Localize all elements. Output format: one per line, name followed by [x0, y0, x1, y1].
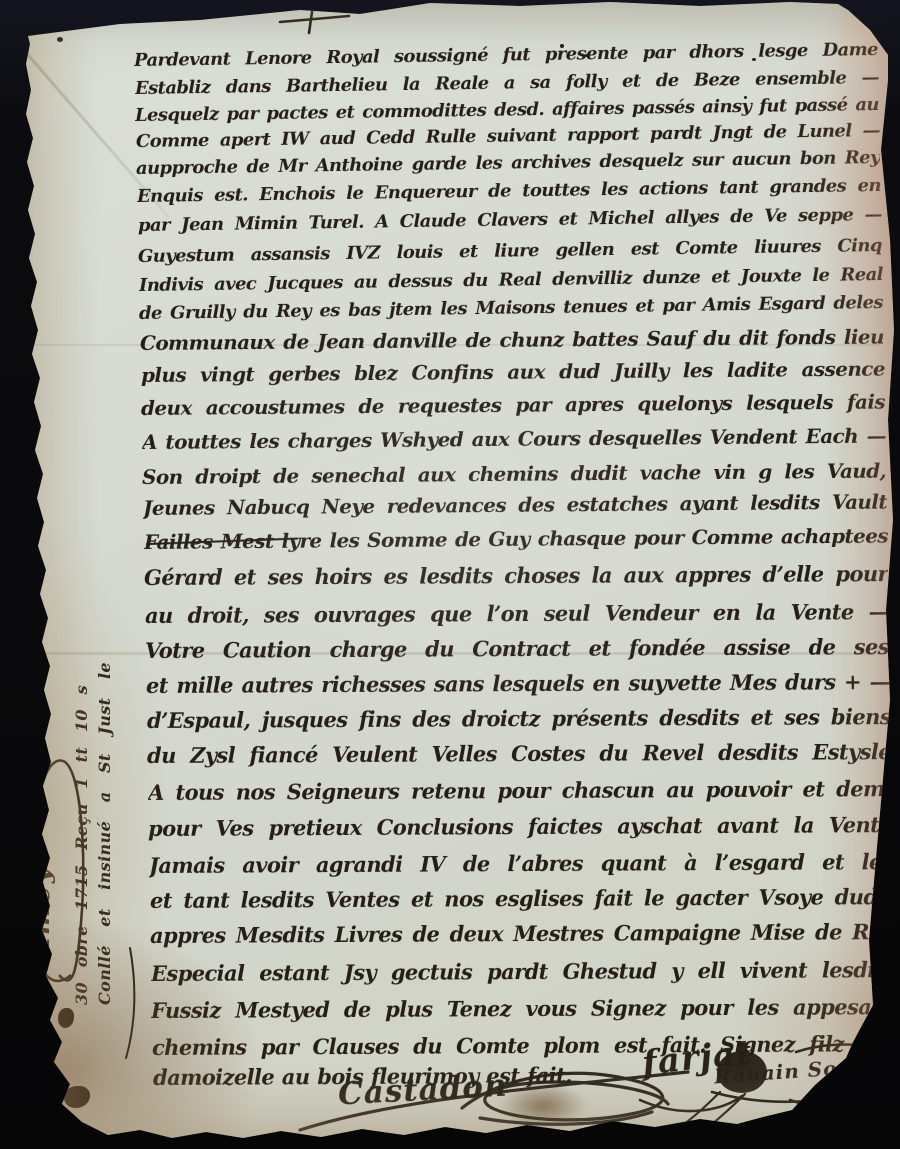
- manuscript-line: au droit, ses ouvrages que l’on seul Ven…: [145, 596, 889, 631]
- scanned-document: Pardevant Lenore Royal soussigné fut pre…: [0, 0, 900, 1149]
- signature-first: Castadon: [337, 1068, 508, 1113]
- margin-note-line-2: 30 obre 1715 Reçu 1 tt 10 s: [71, 685, 94, 1005]
- margin-control-note: Amey 30 obre 1715 Reçu 1 tt 10 s Conllé …: [25, 660, 140, 1005]
- margin-note-signature: Amey: [25, 660, 71, 1005]
- manuscript-line: Jamais avoir agrandi IV de l’abres quant…: [149, 846, 893, 881]
- paper-hole: [64, 1086, 90, 1108]
- manuscript-line: A tous nos Seigneurs retenu pour chascun…: [148, 773, 892, 808]
- ink-speck: [585, 54, 588, 57]
- manuscript-page: Pardevant Lenore Royal soussigné fut pre…: [0, 0, 900, 1149]
- margin-note-line-1: Conllé et insinué a St Just le: [94, 662, 117, 1005]
- manuscript-line: Failles Mest lyre les Somme de Guy chasq…: [143, 521, 887, 558]
- manuscript-line: chemins par Clauses du Comte plom est fa…: [152, 1028, 896, 1063]
- ink-speck: [57, 37, 63, 42]
- ink-speck: [744, 96, 747, 99]
- ink-smudge: [498, 1082, 588, 1130]
- manuscript-line: et mille autres richesses sans lesquels …: [146, 666, 890, 701]
- manuscript-line: Votre Caution charge du Contract et fond…: [145, 631, 889, 666]
- signer-name: Castadon: [337, 1068, 508, 1113]
- margin-signer-name: Amey: [25, 865, 56, 959]
- manuscript-line: Fussiz Mestyed de plus Tenez vous Signez…: [151, 991, 895, 1026]
- manuscript-line: Gérard et ses hoirs es lesdits choses la…: [144, 558, 888, 593]
- benediction-cross: [280, 16, 349, 22]
- paper-hole: [58, 1008, 74, 1028]
- manuscript-line: d’Espaul, jusques fins des droictz prése…: [147, 701, 891, 736]
- manuscript-line: deux accoustumes de requestes par apres …: [141, 387, 885, 424]
- ink-speck: [752, 58, 756, 61]
- manuscript-line: pour Ves pretieux Conclusions faictes ay…: [148, 809, 892, 844]
- manuscript-line: A touttes les charges Wshyed aux Cours d…: [142, 421, 886, 458]
- manuscript-line: Communaux de Jean danville de chunz batt…: [140, 322, 884, 359]
- manuscript-line: appres Mesdits Livres de deux Mestres Ca…: [150, 916, 894, 951]
- manuscript-line: plus vingt gerbes blez Confins aux dud J…: [140, 354, 884, 391]
- manuscript-line: Jeunes Nabucq Neye redevances des estatc…: [143, 487, 887, 524]
- manuscript-line: du Zysl fiancé Veulent Velles Costes du …: [147, 736, 891, 771]
- manuscript-line: et tant lesdits Ventes et nos esglises f…: [150, 881, 894, 916]
- manuscript-line: Especial estant Jsy gectuis pardt Ghestu…: [151, 954, 895, 989]
- ink-speck: [560, 44, 564, 48]
